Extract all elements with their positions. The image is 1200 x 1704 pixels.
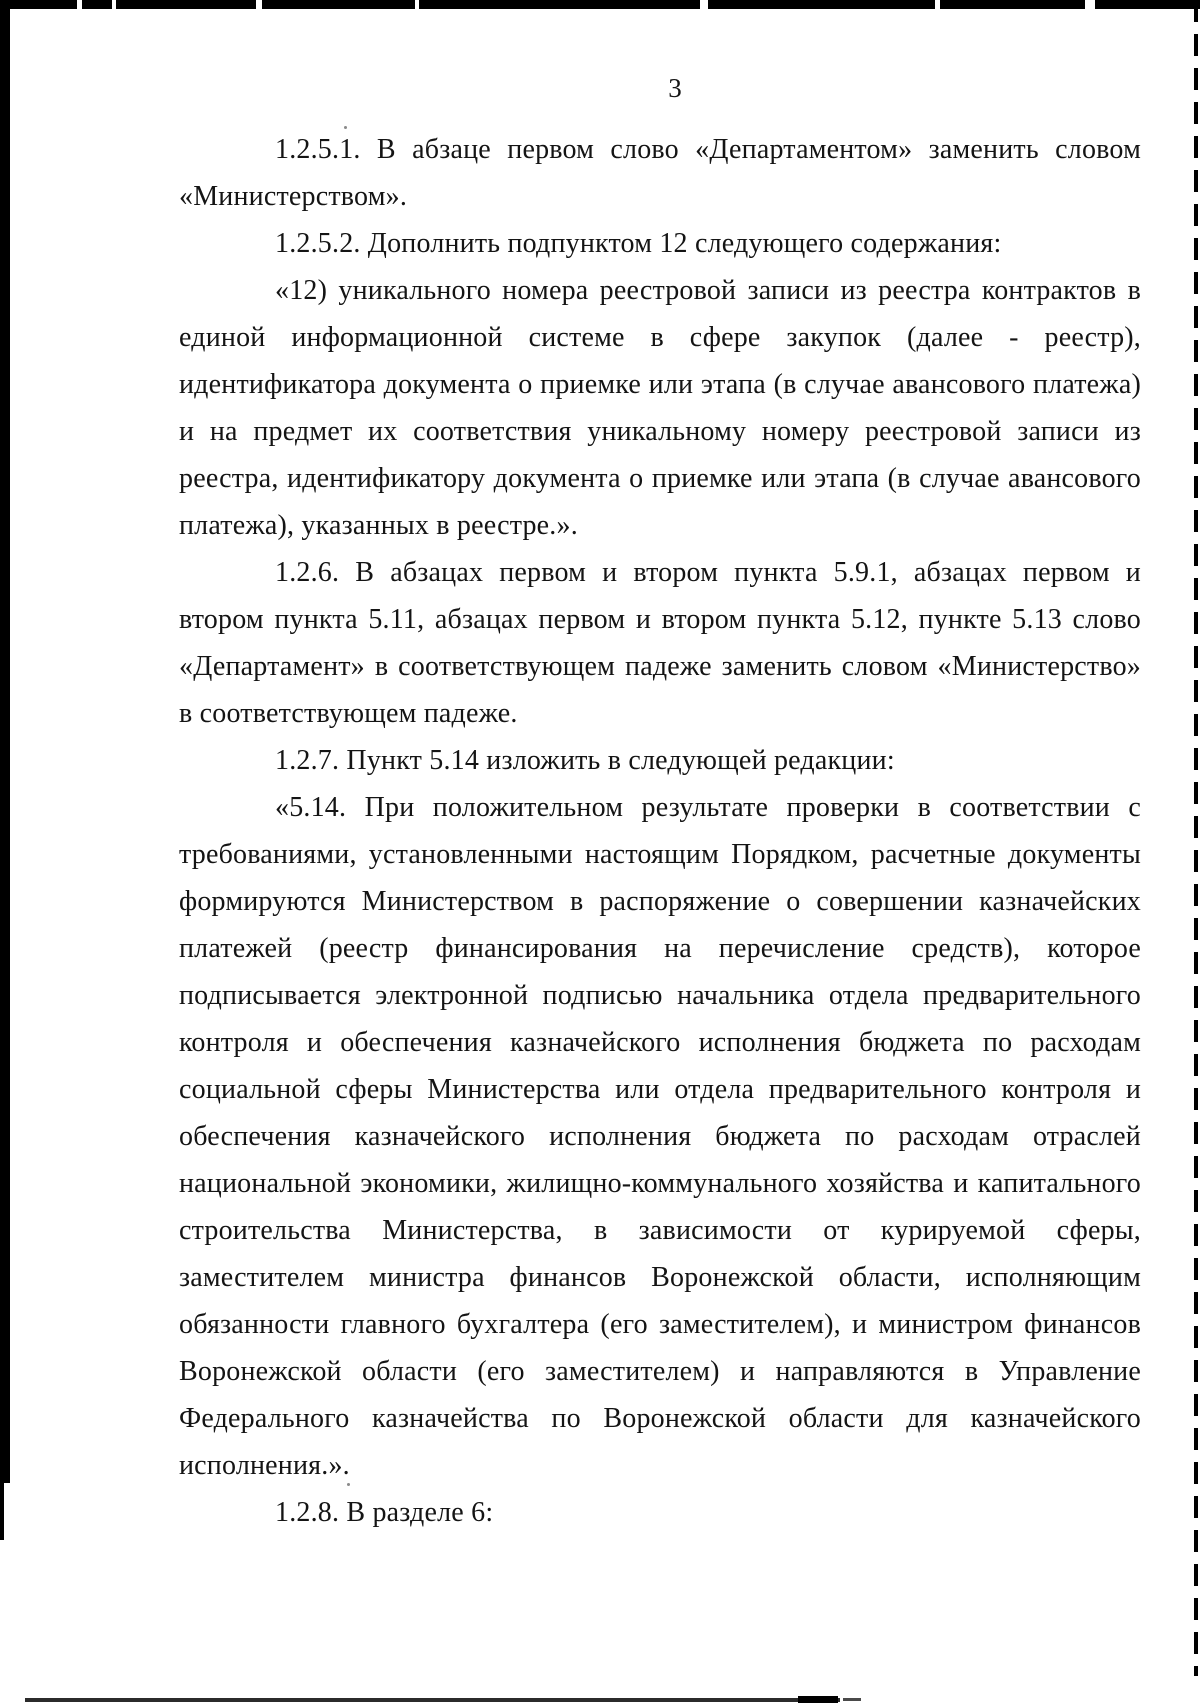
page-number: 3 (640, 72, 710, 104)
scan-border-left (0, 0, 10, 1483)
scanned-document-page: 3 1.2.5.1. В абзаце первом слово «Департ… (0, 0, 1200, 1704)
paragraph-1.2.5.2: 1.2.5.2. Дополнить подпунктом 12 следующ… (179, 220, 1141, 267)
scan-border-gap (256, 0, 262, 9)
scan-border-bottom (25, 1698, 840, 1702)
scan-border-bottom-tick (843, 1698, 861, 1701)
scan-border-right (1194, 0, 1198, 1676)
scan-border-gap (1085, 0, 1095, 9)
paragraph-1.2.8: 1.2.8. В разделе 6: (179, 1489, 1141, 1536)
scan-border-left-tail (0, 1483, 4, 1540)
scan-border-top (0, 0, 1200, 9)
paragraph-1.2.6: 1.2.6. В абзацах первом и втором пункта … (179, 549, 1141, 737)
document-body: 1.2.5.1. В абзаце первом слово «Департам… (179, 126, 1141, 1536)
paragraph-subitem-12: «12) уникального номера реестровой запис… (179, 267, 1141, 549)
scan-border-gap (700, 0, 708, 9)
paragraph-1.2.5.1: 1.2.5.1. В абзаце первом слово «Департам… (179, 126, 1141, 220)
scan-border-bottom-blob (798, 1696, 838, 1703)
paragraph-5.14: «5.14. При положительном результате пров… (179, 784, 1141, 1489)
scan-border-gap (77, 0, 82, 9)
scan-border-gap (112, 0, 116, 9)
paragraph-1.2.7: 1.2.7. Пункт 5.14 изложить в следующей р… (179, 737, 1141, 784)
scan-border-gap (935, 0, 940, 9)
scan-border-gap (415, 0, 419, 9)
